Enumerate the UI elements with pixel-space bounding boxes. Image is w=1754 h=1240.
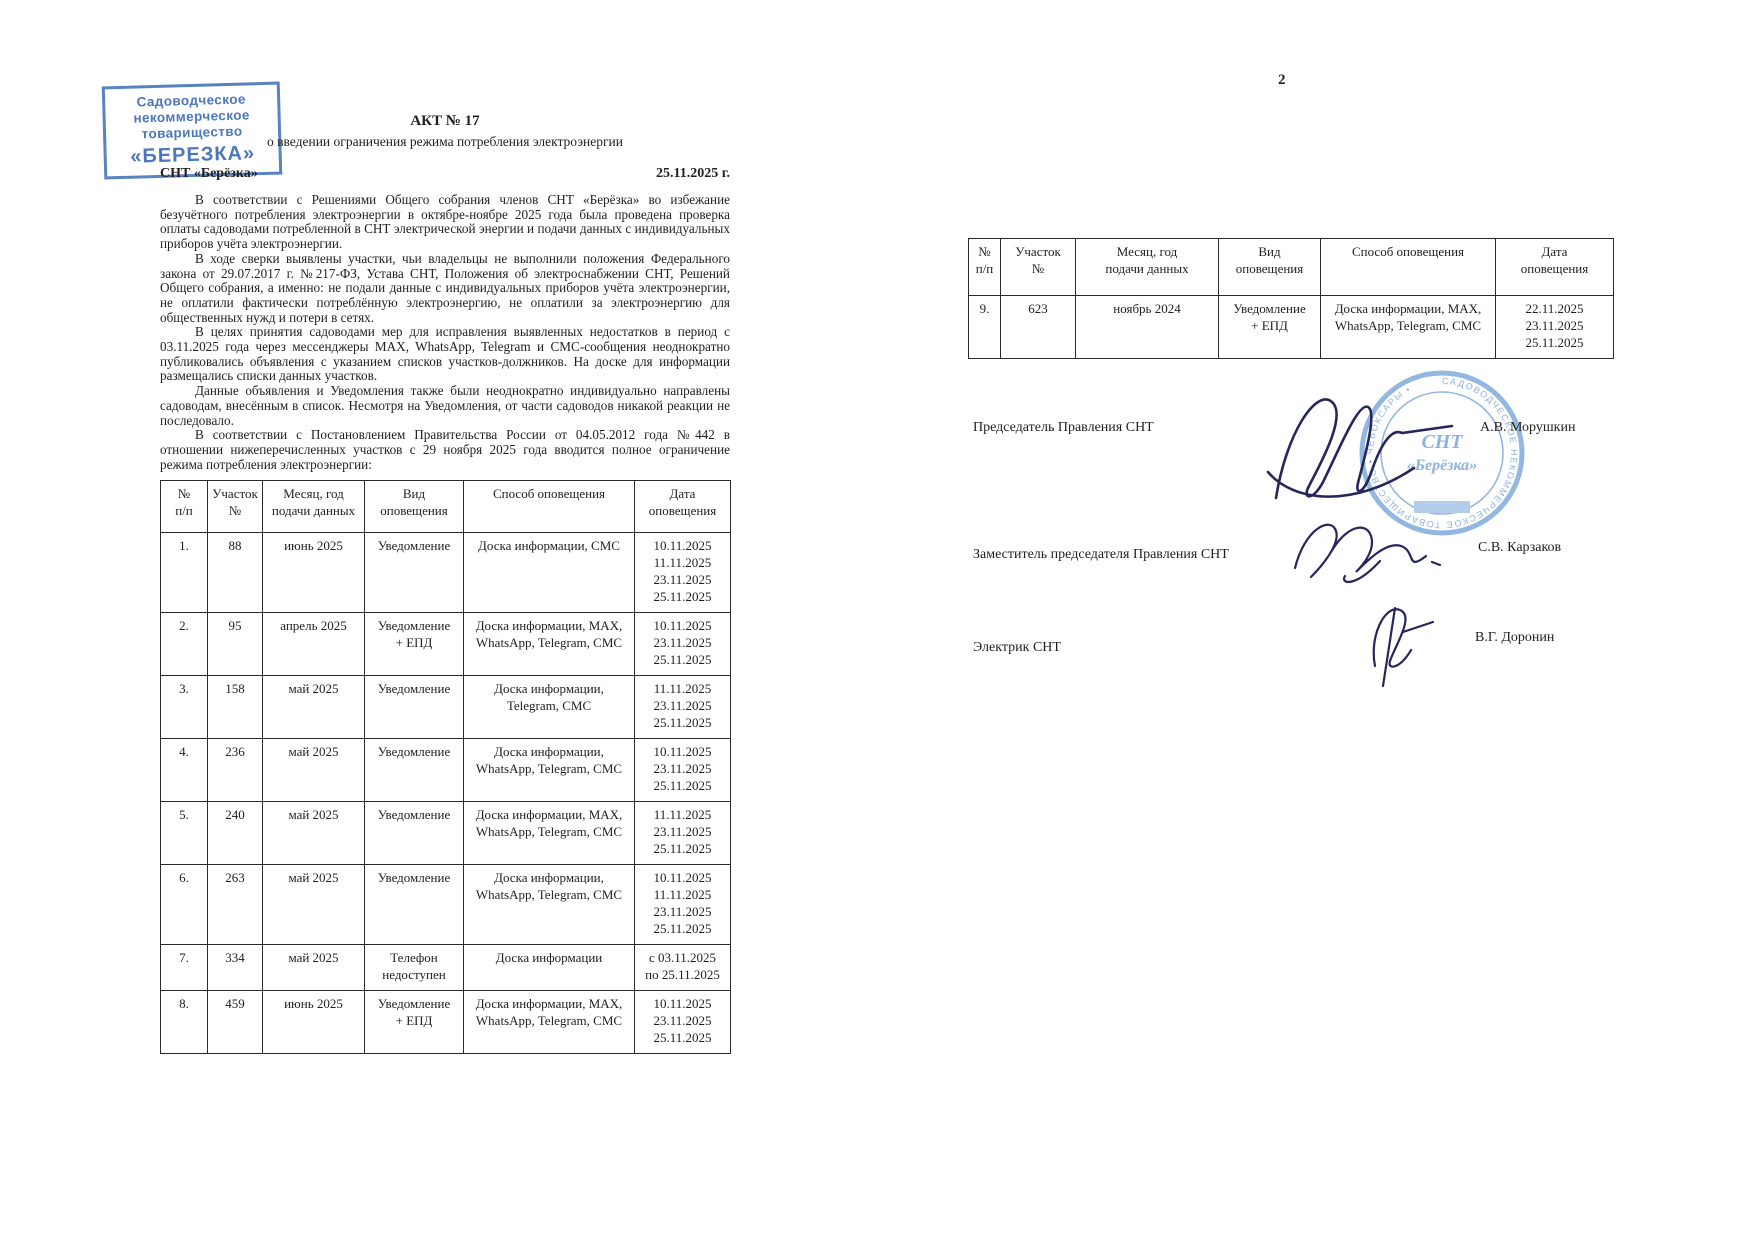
- table-row: 8.459июнь 2025Уведомление + ЕПДДоска инф…: [161, 991, 731, 1054]
- column-header: Дата оповещения: [1496, 239, 1614, 296]
- table-cell: 11.11.2025 23.11.2025 25.11.2025: [635, 676, 731, 739]
- signature-role: Заместитель председателя Правления СНТ: [973, 547, 1229, 563]
- table-cell: май 2025: [263, 739, 365, 802]
- column-header: Способ оповещения: [464, 481, 635, 533]
- table-cell: 9.: [969, 296, 1001, 359]
- table-row: 4.236май 2025УведомлениеДоска информации…: [161, 739, 731, 802]
- body-paragraph: Данные объявления и Уведомления также бы…: [160, 384, 730, 428]
- table-cell: 236: [208, 739, 263, 802]
- table-cell: Уведомление + ЕПД: [1219, 296, 1321, 359]
- column-header: № п/п: [969, 239, 1001, 296]
- table-cell: 8.: [161, 991, 208, 1054]
- table-cell: Уведомление: [365, 802, 464, 865]
- table-cell: 10.11.2025 11.11.2025 23.11.2025 25.11.2…: [635, 533, 731, 613]
- table-cell: Доска информации, MAX, WhatsApp, Telegra…: [1321, 296, 1496, 359]
- signature-name: А.В. Морушкин: [1480, 420, 1575, 436]
- table-cell: 158: [208, 676, 263, 739]
- column-header: Месяц, год подачи данных: [263, 481, 365, 533]
- table-row: 7.334май 2025Телефон недоступенДоска инф…: [161, 945, 731, 991]
- column-header: Вид оповещения: [1219, 239, 1321, 296]
- table-cell: июнь 2025: [263, 991, 365, 1054]
- column-header: Способ оповещения: [1321, 239, 1496, 296]
- body-paragraph: В целях принятия садоводами мер для испр…: [160, 325, 730, 384]
- table-cell: Доска информации, MAX, WhatsApp, Telegra…: [464, 991, 635, 1054]
- table-cell: 459: [208, 991, 263, 1054]
- table-cell: 22.11.2025 23.11.2025 25.11.2025: [1496, 296, 1614, 359]
- table-cell: Уведомление: [365, 739, 464, 802]
- body-paragraph: В ходе сверки выявлены участки, чьи влад…: [160, 252, 730, 326]
- document-spread: Садоводческое некоммерческое товариществ…: [0, 0, 1754, 1240]
- signature-image-electrician: [1345, 590, 1445, 690]
- table-cell: 10.11.2025 23.11.2025 25.11.2025: [635, 991, 731, 1054]
- table-cell: 623: [1001, 296, 1076, 359]
- table-cell: 88: [208, 533, 263, 613]
- page-1: АКТ № 17 о введении ограничения режима п…: [160, 85, 730, 1054]
- table-row: 2.95апрель 2025Уведомление + ЕПДДоска ин…: [161, 613, 731, 676]
- column-header: Участок №: [1001, 239, 1076, 296]
- table-cell: 1.: [161, 533, 208, 613]
- table-cell: Уведомление + ЕПД: [365, 613, 464, 676]
- table-cell: 4.: [161, 739, 208, 802]
- signature-role: Председатель Правления СНТ: [973, 420, 1154, 436]
- notifications-table-1: № п/пУчасток №Месяц, год подачи данныхВи…: [160, 480, 731, 1054]
- table-cell: 11.11.2025 23.11.2025 25.11.2025: [635, 802, 731, 865]
- signature-image-chairman: [1262, 372, 1467, 517]
- table-cell: Доска информации, MAX, WhatsApp, Telegra…: [464, 802, 635, 865]
- table-cell: май 2025: [263, 676, 365, 739]
- table-cell: май 2025: [263, 945, 365, 991]
- table-cell: Уведомление: [365, 533, 464, 613]
- table-cell: 3.: [161, 676, 208, 739]
- table-cell: апрель 2025: [263, 613, 365, 676]
- table-cell: 263: [208, 865, 263, 945]
- table-cell: Доска информации, СМС: [464, 533, 635, 613]
- table-cell: 10.11.2025 23.11.2025 25.11.2025: [635, 613, 731, 676]
- table-cell: Доска информации, WhatsApp, Telegram, СМ…: [464, 865, 635, 945]
- table-cell: Доска информации, Telegram, СМС: [464, 676, 635, 739]
- table-cell: Уведомление: [365, 865, 464, 945]
- table-cell: 10.11.2025 23.11.2025 25.11.2025: [635, 739, 731, 802]
- column-header: Участок №: [208, 481, 263, 533]
- table-cell: 95: [208, 613, 263, 676]
- signature-role: Электрик СНТ: [973, 640, 1061, 656]
- table-cell: май 2025: [263, 802, 365, 865]
- table-cell: 2.: [161, 613, 208, 676]
- table-cell: 334: [208, 945, 263, 991]
- table-cell: Телефон недоступен: [365, 945, 464, 991]
- body-paragraph: В соответствии с Постановлением Правител…: [160, 428, 730, 472]
- table-cell: май 2025: [263, 865, 365, 945]
- column-header: № п/п: [161, 481, 208, 533]
- org-name: СНТ «Берёзка»: [160, 166, 258, 182]
- table-cell: Уведомление: [365, 676, 464, 739]
- table-cell: ноябрь 2024: [1076, 296, 1219, 359]
- notifications-table-2: № п/пУчасток №Месяц, год подачи данныхВи…: [968, 238, 1614, 359]
- table-header-row: № п/пУчасток №Месяц, год подачи данныхВи…: [969, 239, 1614, 296]
- table-cell: Уведомление + ЕПД: [365, 991, 464, 1054]
- table-cell: Доска информации, MAX, WhatsApp, Telegra…: [464, 613, 635, 676]
- table-row: 6.263май 2025УведомлениеДоска информации…: [161, 865, 731, 945]
- page-number: 2: [1278, 72, 1286, 89]
- table-cell: 5.: [161, 802, 208, 865]
- column-header: Вид оповещения: [365, 481, 464, 533]
- body-paragraph: В соответствии с Решениями Общего собран…: [160, 193, 730, 252]
- doc-date: 25.11.2025 г.: [656, 166, 730, 182]
- table-row: 1.88июнь 2025УведомлениеДоска информации…: [161, 533, 731, 613]
- table-cell: 240: [208, 802, 263, 865]
- doc-title: АКТ № 17: [160, 113, 730, 130]
- signature-name: С.В. Карзаков: [1478, 540, 1561, 556]
- table-cell: Доска информации, WhatsApp, Telegram, СМ…: [464, 739, 635, 802]
- table-row: 9.623ноябрь 2024Уведомление + ЕПДДоска и…: [969, 296, 1614, 359]
- signature-name: В.Г. Доронин: [1475, 630, 1554, 646]
- table-cell: 10.11.2025 11.11.2025 23.11.2025 25.11.2…: [635, 865, 731, 945]
- column-header: Дата оповещения: [635, 481, 731, 533]
- table-row: 5.240май 2025УведомлениеДоска информации…: [161, 802, 731, 865]
- table-header-row: № п/пУчасток №Месяц, год подачи данныхВи…: [161, 481, 731, 533]
- signature-image-deputy: [1285, 506, 1450, 590]
- table-row: 3.158май 2025УведомлениеДоска информации…: [161, 676, 731, 739]
- doc-meta-row: СНТ «Берёзка» 25.11.2025 г.: [160, 166, 730, 182]
- table-cell: июнь 2025: [263, 533, 365, 613]
- table-cell: с 03.11.2025 по 25.11.2025: [635, 945, 731, 991]
- column-header: Месяц, год подачи данных: [1076, 239, 1219, 296]
- doc-body: В соответствии с Решениями Общего собран…: [160, 193, 730, 472]
- doc-subtitle: о введении ограничения режима потреблени…: [160, 134, 730, 150]
- table-cell: Доска информации: [464, 945, 635, 991]
- table-cell: 6.: [161, 865, 208, 945]
- table-cell: 7.: [161, 945, 208, 991]
